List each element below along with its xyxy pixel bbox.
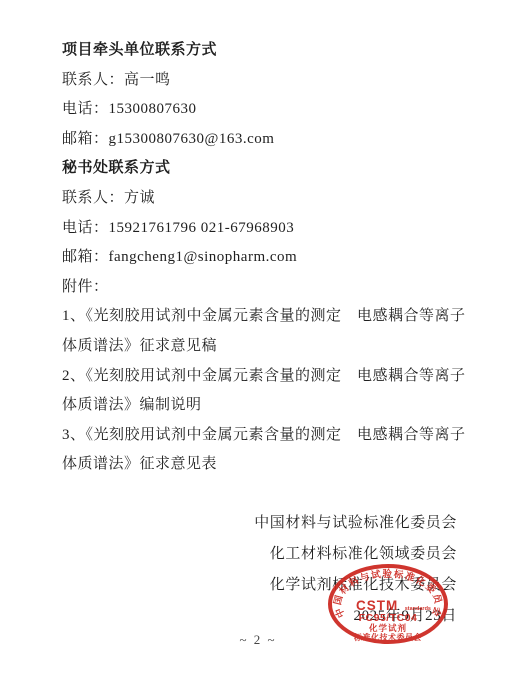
document-page: 项目牵头单位联系方式 联系人：高一鸣 电话：15300807630 邮箱：g15… xyxy=(0,0,532,691)
attachment-item-1-line-1: 1、《光刻胶用试剂中金属元素含量的测定 电感耦合等离子 xyxy=(62,302,474,332)
lead-section-title: 项目牵头单位联系方式 xyxy=(62,36,474,66)
attachment-item-3-line-1: 3、《光刻胶用试剂中金属元素含量的测定 电感耦合等离子 xyxy=(62,421,474,451)
lead-email-line: 邮箱：g15300807630@163.com xyxy=(62,125,474,155)
secretariat-email-line: 邮箱：fangcheng1@sinopharm.com xyxy=(62,243,474,273)
attachment-item-2-line-1: 2、《光刻胶用试剂中金属元素含量的测定 电感耦合等离子 xyxy=(62,362,474,392)
secretariat-phone-line: 电话：15921761796 021-67968903 xyxy=(62,214,474,244)
lead-contact-line: 联系人：高一鸣 xyxy=(62,66,474,96)
attachment-item-1-line-2: 体质谱法》征求意见稿 xyxy=(62,332,474,362)
secretariat-contact-line: 联系人：方诚 xyxy=(62,184,474,214)
attachment-item-2-line-2: 体质谱法》编制说明 xyxy=(62,391,474,421)
official-seal-stamp: 中国材料与试验标准化委员会 CSTM standards FC95/TC04 化… xyxy=(326,562,450,646)
attachments-label: 附件： xyxy=(62,273,474,303)
stamp-bottom-line-2: 标准化技术委员会 xyxy=(353,632,422,642)
attachment-item-3-line-2: 体质谱法》征求意见表 xyxy=(62,450,474,480)
stamp-bottom-line-1: 化学试剂 xyxy=(368,623,407,633)
secretariat-section-title: 秘书处联系方式 xyxy=(62,154,474,184)
lead-phone-line: 电话：15300807630 xyxy=(62,95,474,125)
signature-org-line-1: 中国材料与试验标准化委员会 xyxy=(254,508,457,539)
stamp-wordmark-main: CSTM xyxy=(356,598,398,613)
document-body: 项目牵头单位联系方式 联系人：高一鸣 电话：15300807630 邮箱：g15… xyxy=(62,36,474,480)
